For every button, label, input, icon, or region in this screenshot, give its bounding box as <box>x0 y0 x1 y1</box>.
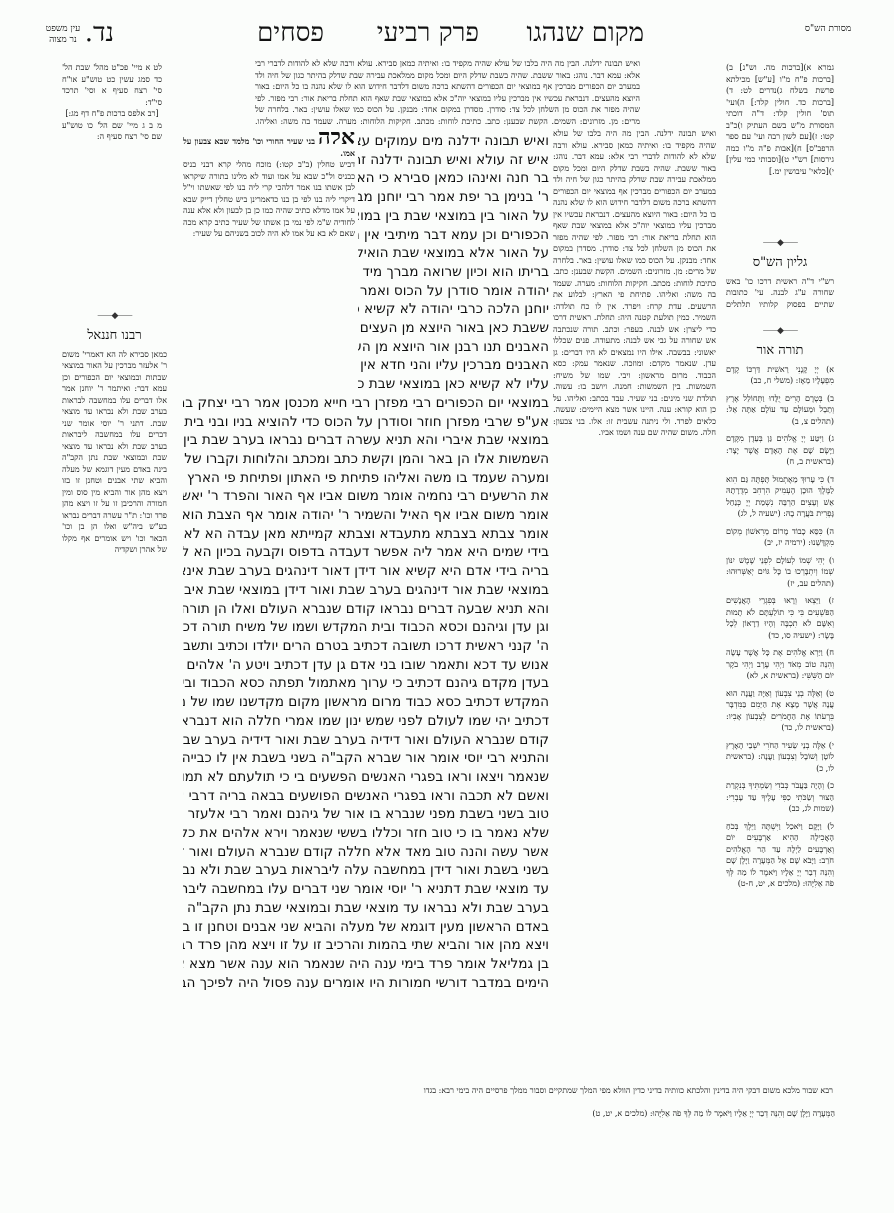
chapter-name: מקום שנהגו <box>526 18 644 48</box>
gemara-line: ואשם לא תכבה וראו בפגרי האנשים הפושעים ב… <box>183 787 549 806</box>
torah-or-list: א) יְיָ קָנָנִי רֵאשִׁית דַּרְכּוֹ קֶדֶם… <box>726 364 834 890</box>
gemara-line: שלא נאמר בו כי טוב חזר וכללו בששי שנאמר … <box>183 824 549 843</box>
gemara-line: השמשות אלו הן באר והמן וקשת כתב ומכתב וה… <box>183 450 549 469</box>
rashi-bottom: רבא שבור מלכא משום דבקי היה בדינין והלכת… <box>183 1085 833 1097</box>
gemara-line: אומר צבתא בצבתא מתעבדא וצבתא קמייתא מאן … <box>183 525 549 544</box>
rabbeinu-chananel: ⸺◆⸺ רבנו חננאל כמאן סבירא לה הא דאמרי' מ… <box>62 305 167 1105</box>
torah-or-entry: ג) וַיִּטַּע יְיָ אֱלֹהִים גַּן בְּעֵדֶן… <box>726 433 834 468</box>
gemara-line: בן גמליאל אומר פרד בימי ענה היה שנאמר הו… <box>183 955 549 974</box>
gemara-line: המקדש דכתיב כסא כבוד מרום מראשון מקום מק… <box>183 693 549 712</box>
gemara-line: במוצאי יום הכפורים רבי מפזרן רבי חייא מכ… <box>183 394 549 413</box>
rabbeinu-chananel-title: רבנו חננאל <box>62 327 167 345</box>
gemara-line: בריה בידי אדם היא קשיא אור דידן דאור דינ… <box>183 562 549 581</box>
gemara-line: ויצא מהן אור והביא שתי בהמות והרכיב זו ע… <box>183 936 549 955</box>
gemara-line: עד מוצאי שבת דתניא ר' יוסי אומר שני דברי… <box>183 880 549 899</box>
gemara-line: אנוש עד דכא ותאמר שובו בני אדם גן עדן דכ… <box>183 656 549 675</box>
masoret-hashas-text: גמרא א)[ברכות מה. וש"נ] ב)[ברכות פ"ח מ"ו… <box>726 62 834 177</box>
torah-or-entry: ו) יְהִי שְׁמוֹ לְעוֹלָם לִפְנֵי שֶׁמֶשׁ… <box>726 555 834 590</box>
torah-or-entry: ט) וְאֵלֶּה בְנֵי צִבְעוֹן וְאַיָּה וַעֲ… <box>726 688 834 734</box>
gemara-line: את הרשעים רבי נחמיה אומר משום אביו אף הא… <box>183 487 549 506</box>
gemara-line: שנאמר ויצאו וראו בפגרי האנשים הפשעים בי … <box>183 768 549 787</box>
gilyon-hashas-text: רש"י ד"ה ראשית דרכו כו' באש שחורה ע"ג לב… <box>726 276 834 313</box>
torah-or-bottom: הַמְּעָרָה וַיָּלֶן שָׁם וְהִנֵּה דְבַר … <box>545 1108 835 1120</box>
gemara-line: בעדן מקדם גיהנם דכתיב כי ערוך מאתמול תפת… <box>183 674 549 693</box>
torah-or-entry: ב) בְּטֶרֶם הָרִים יֻלָּדוּ וַתְּחוֹלֵל … <box>726 393 834 428</box>
gemara-line: אשר עשה והנה טוב מאד אלא חללה קודם שנברא… <box>183 843 549 862</box>
gilyon-hashas-title: גליון הש"ס <box>726 254 834 272</box>
torah-or-entry: כ) וְהָיָה בַּעֲבֹר כְּבֹדִי וְשַׂמְתִּי… <box>726 780 834 815</box>
gemara-line: ומערה שעמד בו משה ואליהו פתיחת פי האתון … <box>183 469 549 488</box>
gemara-line: בשני בשבת ואור דידן במחשבה עלה ליבראות ב… <box>183 861 549 880</box>
gemara-line: האבנים מברכין עליו והני חדא אין מברכין <box>358 356 549 375</box>
rashi-column: ואיש תבונה ידלנה. הבין מה היה בלבו של עו… <box>553 128 716 988</box>
gemara-line: הכפורים וכן עמא דבר מיתיבי אין מברכין <box>358 226 549 245</box>
gemara-line: ששבת כאן באור היוצא מן העצים ומן <box>358 319 549 338</box>
gemara-line: בריתו הוא וכיון שרואה מברך מיד רבי <box>358 263 549 282</box>
masoret-hashas: גמרא א)[ברכות מה. וש"נ] ב)[ברכות פ"ח מ"ו… <box>726 62 834 232</box>
torah-or-entry: ד) כִּי עָרוּךְ מֵאֶתְמוּל תָּפְתֶּה גַּ… <box>726 474 834 520</box>
gemara-line: ר' בנימן בר יפת אמר רבי יוחנן מברכין <box>358 188 549 207</box>
gemara-line: עליו לא קשיא כאן במוצאי שבת כאן <box>358 375 549 394</box>
gemara-line: קודם שנברא העולם ואור דידיה בערב שבת ואו… <box>183 731 549 750</box>
gemara-line: איש זה עולא ואיש תבונה ידלנה זה רבה בר <box>358 151 549 170</box>
gemara-line: והתניא רבי יוסי אומר אור שברא הקב"ה בשני… <box>183 749 549 768</box>
gemara-line: על האור אלא במוצאי שבת הואיל ותחלת <box>358 244 549 263</box>
tosafot-float-space <box>183 132 358 382</box>
chapter-number: פרק רביעי <box>377 18 479 48</box>
tractate-name: פסחים <box>257 18 324 48</box>
torah-or-entry: ה) כִּסֵּא כָבוֹד מָרוֹם מֵרִאשׁוֹן מְקו… <box>726 526 834 549</box>
gemara-line: האבנים תנו רבנן אור היוצא מן העצים ומן <box>358 338 549 357</box>
gemara-line: ה' קנני ראשית דרכו תשובה דכתיב בטרם הרים… <box>183 637 549 656</box>
torah-or-entry: א) יְיָ קָנָנִי רֵאשִׁית דַּרְכּוֹ קֶדֶם… <box>726 364 834 387</box>
masoret-hashas-label: מסורת הש"ס <box>798 24 858 35</box>
torah-or-entry: ז) וַיֵּצְאוּ וְרָאוּ בְּפִגְרֵי הָאֲנָש… <box>726 595 834 641</box>
gemara-line: דכתיב יהי שמו לעולם לפני שמש ינון שמו אמ… <box>183 712 549 731</box>
gemara-line: במוצאי שבת איברי והא תניא עשרה דברים נבר… <box>183 431 549 450</box>
gemara-line: טוב בשני בשבת מפני שנברא בו אור של גיהנם… <box>183 805 549 824</box>
torah-or: ⸺◆⸺ תורה אור א) יְיָ קָנָנִי רֵאשִׁית דַ… <box>726 320 834 1050</box>
gemara-line: בר חנה ואינהו כמאן סבירא כי הא דאמר <box>358 169 549 188</box>
rashi-text-top: ואיש תבונה ידלנה. הבין מה היה בלבו של עו… <box>255 59 640 128</box>
torah-or-title: תורה אור <box>726 342 834 360</box>
gemara-line: יהודה אומר סודרן על הכוס ואמר רבי <box>358 282 549 301</box>
gemara-line: יוחנן הלכה כרבי יהודה לא קשיא כאן באור <box>358 300 549 319</box>
ein-mishpat-entry: מ ב ג מיי' שם הל' כו טוש"ע שם סי' רצח סע… <box>62 120 162 143</box>
folio-number: נד. <box>85 18 114 48</box>
gemara-line: באדם הראשון מעין דוגמא של מעלה והביא שני… <box>183 918 549 937</box>
gemara-line: הימים במדבר דורשי חמורות היו אומרים ענה … <box>183 974 549 990</box>
gemara-line: ואיש תבונה ידלנה מים עמוקים עצה בלב <box>358 132 549 151</box>
gemara-line: וגן עדן וגיהנם וכסא הכבוד ובית המקדש ושמ… <box>183 618 549 637</box>
gilyon-hashas: ⸺◆⸺ גליון הש"ס רש"י ד"ה ראשית דרכו כו' ב… <box>726 232 834 312</box>
torah-or-entry: ל) וַיָּקָם וַיֹּאכַל וַיִּשְׁתֶּה וַיֵּ… <box>726 821 834 890</box>
gemara-line: והא תניא שבעה דברים נבראו קודם שנברא העו… <box>183 600 549 619</box>
gemara-line: על האור בין במוצאי שבת בין במוצאי יום <box>358 207 549 226</box>
gemara-text: ואיש תבונה ידלנה מים עמוקים עצה בלבאיש ז… <box>183 132 549 990</box>
ornament-divider: ⸺◆⸺ <box>62 311 167 323</box>
gemara-line: במוצאי שבת אור דינהגים בערב שבת ואור דיד… <box>183 581 549 600</box>
rabbeinu-chananel-text: כמאן סבירא לה הא דאמרי' משום ר' אלעזר מב… <box>62 349 167 556</box>
gemara-line: בידי שמים היא אמר ליה אפשר דעבדה בדפוס ו… <box>183 543 549 562</box>
torah-or-entry: ח) וַיַּרְא אֱלֹהִים אֶת כָּל אֲשֶׁר עָש… <box>726 647 834 682</box>
ein-mishpat-entry: [רב אלפס ברכות פ"ח דף מג:] <box>62 108 162 120</box>
torah-or-entry: י) אֵלֶּה בְנֵי שֵׂעִיר הַחֹרִי יֹשְׁבֵי… <box>726 740 834 775</box>
ein-mishpat-entry: לט א מיי' פכ"ט מהל' שבת הל' כד סמג עשין … <box>62 62 162 108</box>
gemara-line: אע"פ שרבי מפזרן חוזר וסודרן על הכוס כדי … <box>183 413 549 432</box>
gemara-line: אומר משום אביו אף האיל והשמיר ר' יהודה א… <box>183 506 549 525</box>
ornament-divider: ⸺◆⸺ <box>726 326 834 338</box>
ein-mishpat-label: עין משפט נר מצוה <box>42 24 84 46</box>
gemara-line: בערב שבת ולא נבראו עד מוצאי שבת ובמוצאי … <box>183 899 549 918</box>
ein-mishpat: לט א מיי' פכ"ט מהל' שבת הל' כד סמג עשין … <box>62 62 162 172</box>
rashi-top: ואיש תבונה ידלנה. הבין מה היה בלבו של עו… <box>255 58 640 128</box>
page-header: מסורת הש"ס מקום שנהגו פרק רביעי פסחים נד… <box>0 18 894 54</box>
ornament-divider: ⸺◆⸺ <box>726 238 834 250</box>
rashi-text: ואיש תבונה ידלנה. הבין מה היה בלבו של עו… <box>553 129 716 437</box>
